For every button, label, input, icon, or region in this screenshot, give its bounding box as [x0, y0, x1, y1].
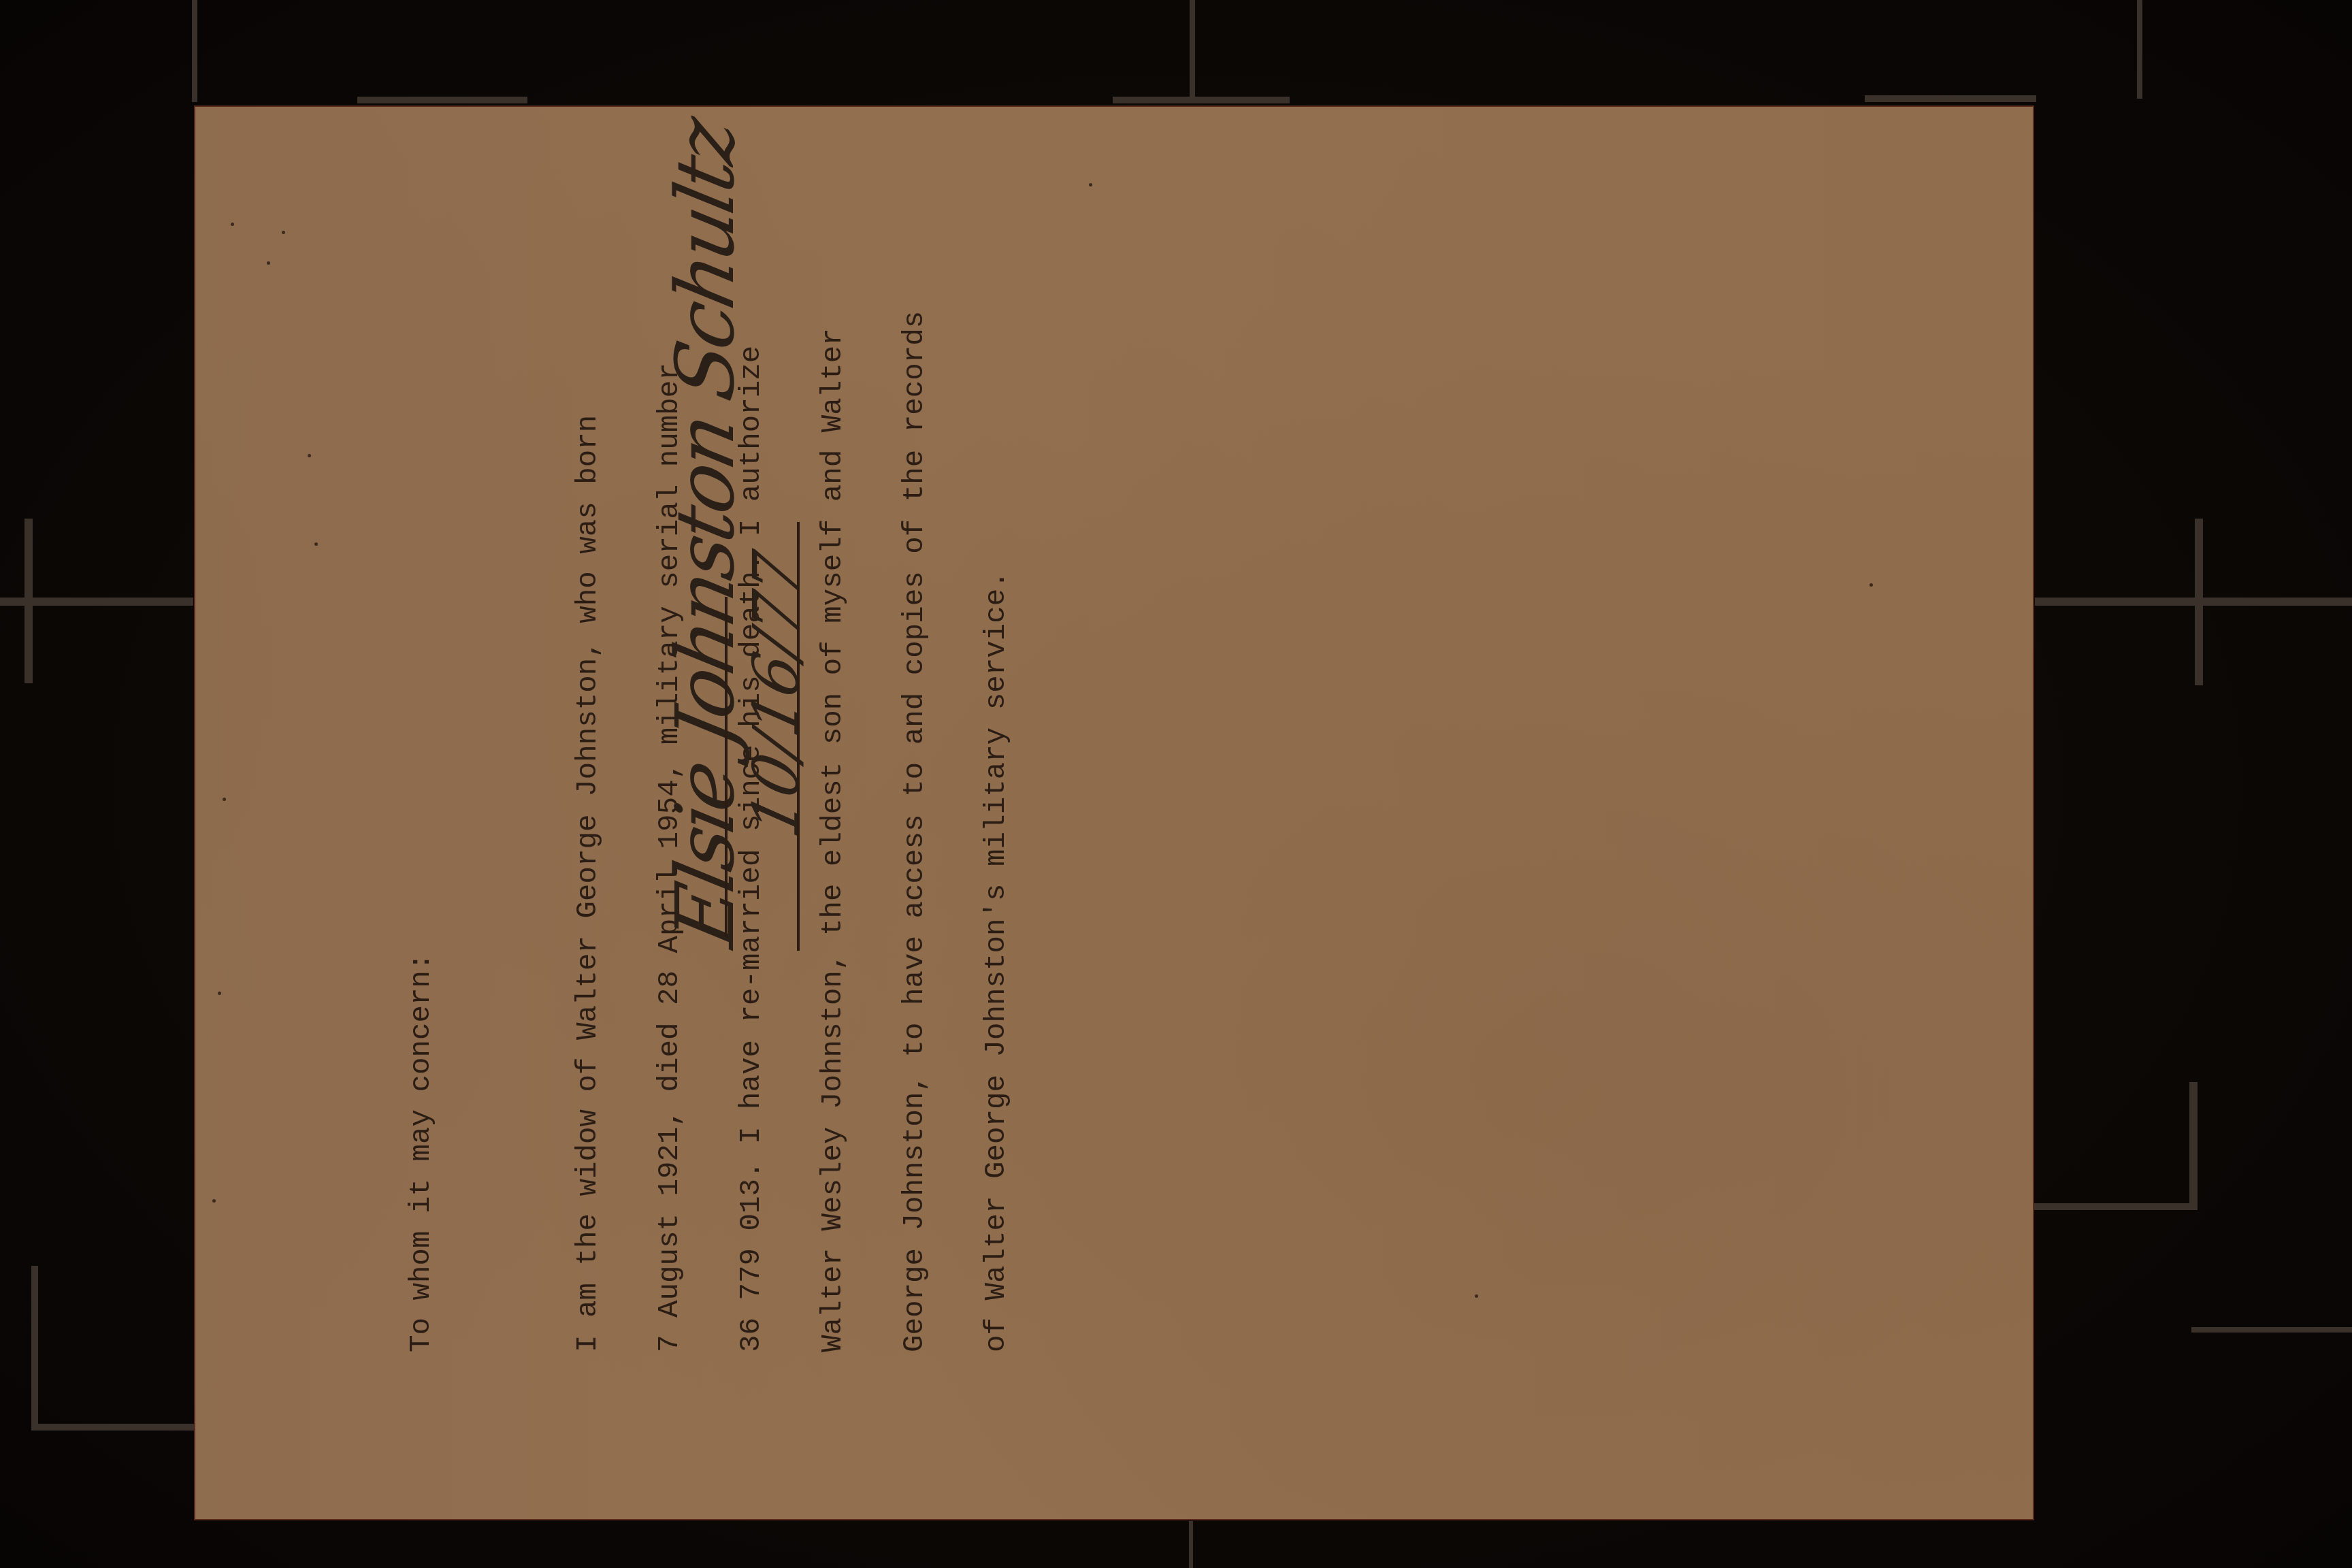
registration-mark-top-left-horizontal: [357, 97, 527, 103]
registration-cross-right-horizontal: [2035, 598, 2352, 606]
letter-paper: To whom it may concern: I am the widow o…: [195, 107, 2033, 1519]
registration-mark-bottom-left-horizontal: [31, 1424, 195, 1431]
paper-speck: [282, 231, 285, 234]
letter-body-line: George Johnston, to have access to and c…: [901, 311, 928, 1352]
paper-speck: [267, 261, 270, 265]
paper-speck: [1089, 183, 1092, 186]
registration-mark-bottom-right-horizontal: [2028, 1203, 2198, 1210]
paper-speck: [308, 454, 311, 457]
paper-speck: [223, 798, 226, 801]
paper-speck: [231, 223, 234, 226]
date-line: [797, 522, 800, 951]
registration-mark-bottom-center: [1189, 1521, 1193, 1568]
signature-block: Elsie Johnston Schultz 10/16/77: [644, 270, 808, 951]
registration-mark-top-center-right: [1113, 97, 1290, 103]
registration-mark-top-right-vertical: [2137, 0, 2142, 99]
paragraph-gap: [489, 311, 520, 1352]
registration-mark-top-left-vertical: [192, 0, 197, 102]
paper-speck: [1869, 583, 1873, 587]
registration-mark-top-center: [1190, 0, 1195, 101]
registration-mark-top-right-horizontal: [1865, 95, 2036, 102]
letter-body-line: Walter Wesley Johnston, the eldest son o…: [819, 311, 847, 1352]
paper-speck: [1475, 1294, 1478, 1298]
letter-body-line: of Walter George Johnston's military ser…: [983, 311, 1010, 1352]
registration-mark-bottom-right-long: [2191, 1327, 2352, 1333]
signature-line: [725, 597, 728, 937]
letter-greeting: To whom it may concern:: [408, 311, 435, 1352]
paper-speck: [218, 992, 221, 995]
registration-mark-bottom-right-vertical: [2189, 1082, 2198, 1209]
paper-speck: [212, 1199, 216, 1203]
handwritten-date: 10/16/77: [740, 544, 813, 844]
registration-cross-left-horizontal: [0, 598, 193, 606]
registration-mark-bottom-left-vertical: [31, 1266, 38, 1429]
handwritten-signature: Elsie Johnston Schultz: [658, 113, 752, 954]
paper-speck: [314, 542, 318, 546]
letter-body-line: I am the widow of Walter George Johnston…: [574, 311, 602, 1352]
scan-background: To whom it may concern: I am the widow o…: [0, 0, 2352, 1568]
